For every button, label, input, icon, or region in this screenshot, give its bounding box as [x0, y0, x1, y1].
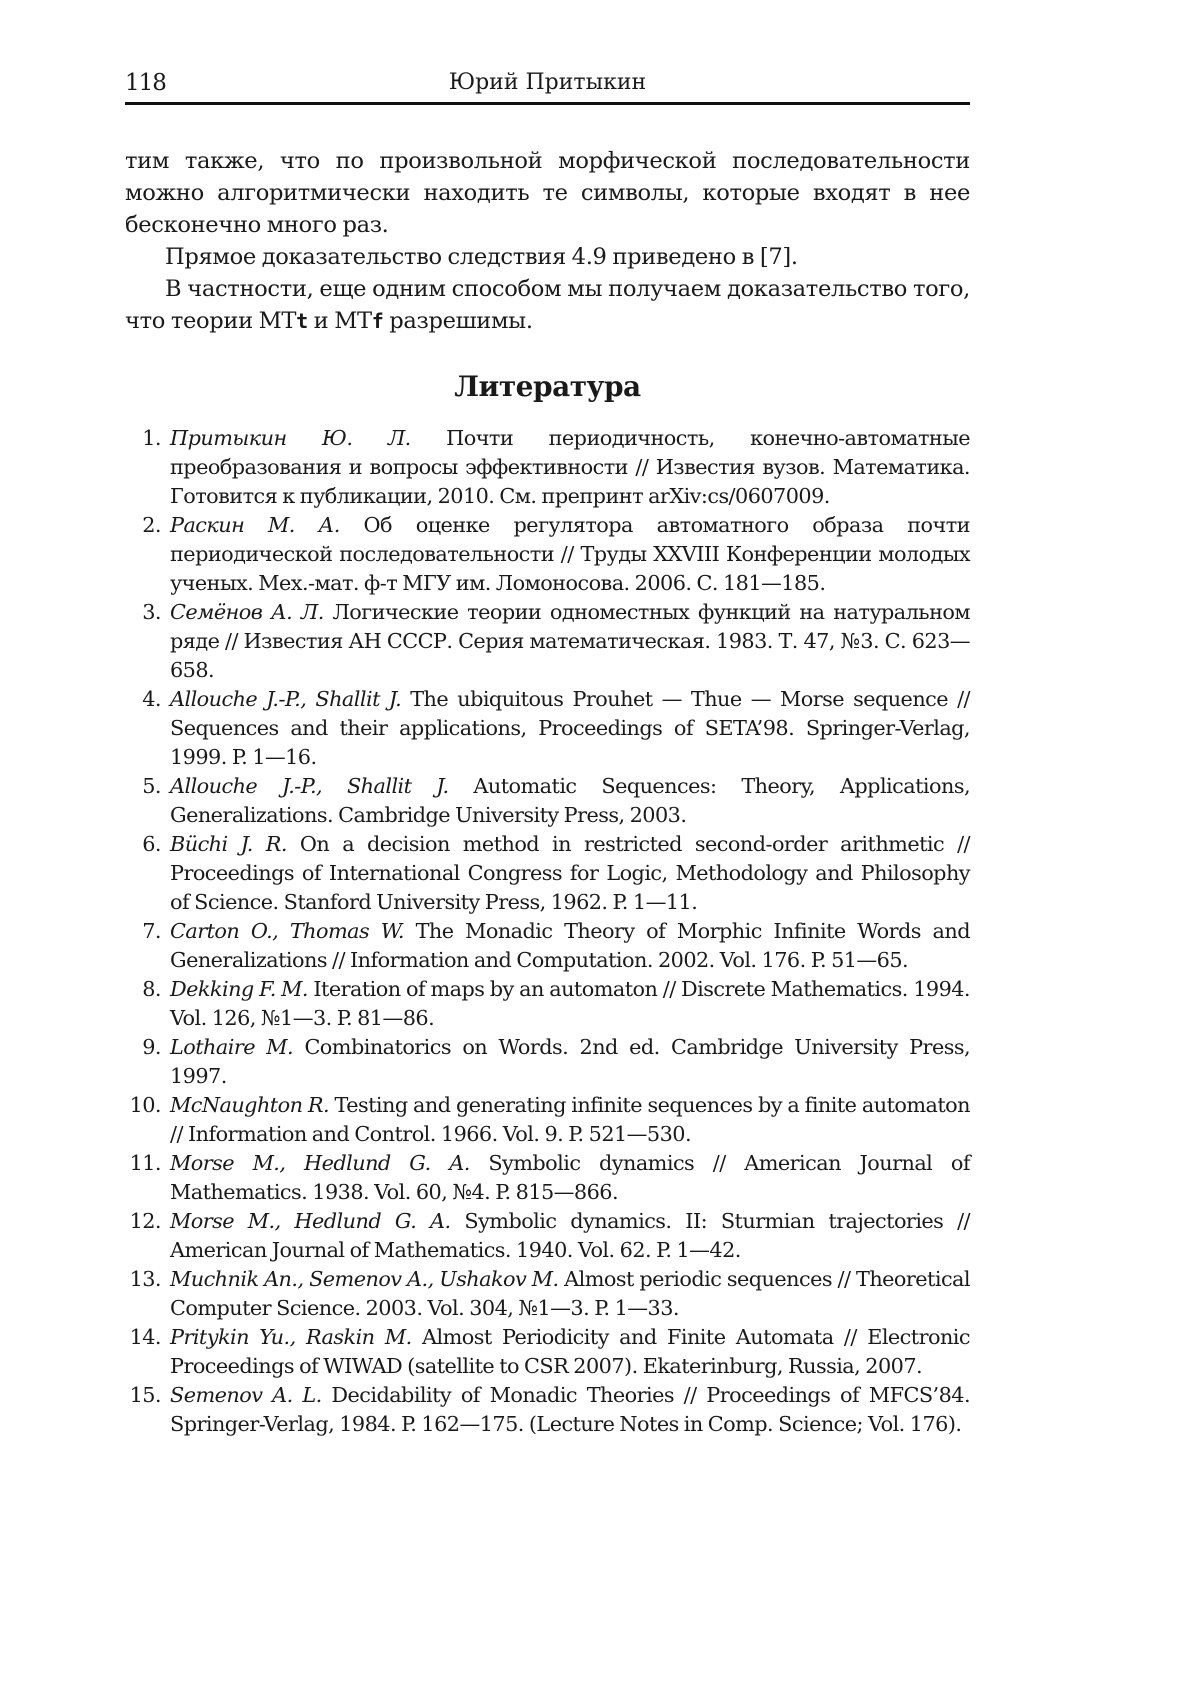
reference-number: 3. — [125, 598, 161, 627]
reference-item: 14.Pritykin Yu., Raskin M. Almost Period… — [125, 1323, 970, 1381]
reference-item: 1.Притыкин Ю. Л. Почти периодичность, ко… — [125, 424, 970, 511]
theory-symbol-t: t — [296, 309, 308, 333]
reference-item: 9.Lothaire M. Combinatorics on Words. 2n… — [125, 1033, 970, 1091]
section-title-references: Литература — [125, 370, 970, 403]
reference-number: 9. — [125, 1033, 161, 1062]
reference-item: 3.Семёнов А. Л. Логические теории одноме… — [125, 598, 970, 685]
reference-item: 8.Dekking F. M. Iteration of maps by an … — [125, 975, 970, 1033]
reference-item: 10.McNaughton R. Testing and generating … — [125, 1091, 970, 1149]
reference-authors: Dekking F. M. — [170, 977, 308, 1001]
reference-authors: Lothaire M. — [170, 1035, 293, 1059]
reference-authors: Büchi J. R. — [170, 832, 287, 856]
paragraph-text: и MT — [308, 308, 372, 334]
paragraph-text: разрешимы. — [383, 308, 532, 334]
paragraph-text: В частности, еще одним способом мы получ… — [125, 276, 970, 334]
reference-number: 5. — [125, 772, 161, 801]
reference-number: 13. — [125, 1265, 161, 1294]
reference-authors: Allouche J.-P., Shallit J. — [170, 774, 449, 798]
reference-item: 11.Morse M., Hedlund G. A. Symbolic dyna… — [125, 1149, 970, 1207]
reference-item: 5.Allouche J.-P., Shallit J. Automatic S… — [125, 772, 970, 830]
reference-item: 4.Allouche J.-P., Shallit J. The ubiquit… — [125, 685, 970, 772]
reference-number: 7. — [125, 917, 161, 946]
reference-item: 6.Büchi J. R. On a decision method in re… — [125, 830, 970, 917]
theory-symbol-f: f — [372, 309, 384, 333]
running-head: 118 Юрий Притыкин — [125, 70, 970, 105]
reference-number: 10. — [125, 1091, 161, 1120]
running-title: Юрий Притыкин — [125, 70, 970, 95]
reference-number: 8. — [125, 975, 161, 1004]
reference-item: 2.Раскин М. А. Об оценке регулятора авто… — [125, 511, 970, 598]
reference-authors: Morse M., Hedlund G. A. — [170, 1209, 451, 1233]
reference-authors: Muchnik An., Semenov A., Ushakov M. — [170, 1267, 559, 1291]
reference-number: 15. — [125, 1381, 161, 1410]
paragraph-decidability: В частности, еще одним способом мы получ… — [125, 273, 970, 337]
reference-text: On a decision method in restricted secon… — [170, 832, 970, 914]
reference-authors: Pritykin Yu., Raskin M. — [170, 1325, 412, 1349]
reference-number: 6. — [125, 830, 161, 859]
reference-item: 12.Morse M., Hedlund G. A. Symbolic dyna… — [125, 1207, 970, 1265]
reference-number: 11. — [125, 1149, 161, 1178]
paragraph-corollary-proof: Прямое доказательство следствия 4.9 прив… — [125, 241, 970, 273]
reference-item: 13.Muchnik An., Semenov A., Ushakov M. A… — [125, 1265, 970, 1323]
reference-authors: Семёнов А. Л. — [170, 600, 324, 624]
reference-authors: Carton O., Thomas W. — [170, 919, 404, 943]
reference-authors: Притыкин Ю. Л. — [170, 426, 411, 450]
body-text: тим также, что по произвольной морфическ… — [125, 145, 970, 337]
reference-number: 1. — [125, 424, 161, 453]
reference-authors: Раскин М. А. — [170, 513, 340, 537]
reference-authors: Semenov A. L. — [170, 1383, 322, 1407]
reference-authors: McNaughton R. — [170, 1093, 329, 1117]
reference-authors: Morse M., Hedlund G. A. — [170, 1151, 470, 1175]
reference-item: 7.Carton O., Thomas W. The Monadic Theor… — [125, 917, 970, 975]
reference-number: 4. — [125, 685, 161, 714]
reference-item: 15.Semenov A. L. Decidability of Monadic… — [125, 1381, 970, 1439]
paragraph-continuation: тим также, что по произвольной морфическ… — [125, 145, 970, 241]
reference-number: 12. — [125, 1207, 161, 1236]
reference-number: 2. — [125, 511, 161, 540]
reference-authors: Allouche J.-P., Shallit J. — [170, 687, 401, 711]
reference-list: 1.Притыкин Ю. Л. Почти периодичность, ко… — [125, 424, 970, 1439]
reference-number: 14. — [125, 1323, 161, 1352]
